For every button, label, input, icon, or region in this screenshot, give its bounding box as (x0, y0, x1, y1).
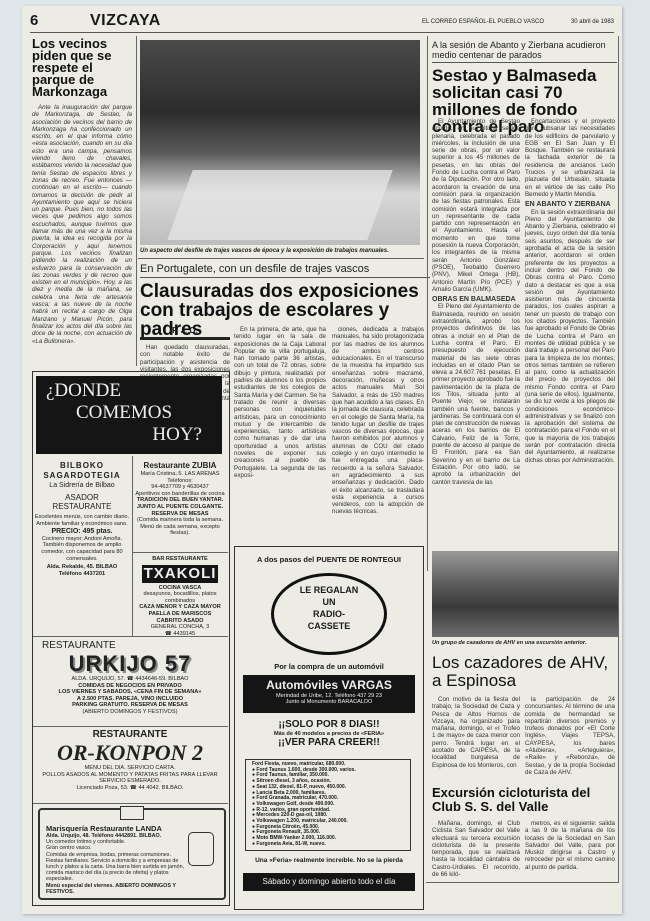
ad-divider (33, 803, 228, 804)
column-divider (618, 36, 619, 883)
article-title: Los vecinos piden que se respete el parq… (32, 38, 132, 98)
column-divider (427, 36, 428, 571)
byline: F. J. O. (140, 326, 230, 340)
column-divider (136, 36, 137, 366)
photo-hunters (432, 551, 618, 637)
subheading: OBRAS EN BALMASEDA (432, 296, 520, 303)
article-column-2: la participación de 24 concursantes. Al … (525, 696, 615, 776)
article-column-1: El Ayuntamiento de Sestao acordó, en su … (432, 118, 520, 486)
article-column-1: Mañana, domingo, el Club Ciclista San Sa… (432, 820, 520, 878)
article-column-2: metros, es el siguiente: salida a las 9 … (525, 820, 615, 871)
ad-marisqueria-landa: Marisquería Restaurante LANDA Alda. Urqu… (38, 808, 226, 900)
divider (138, 258, 424, 259)
ad-divider (132, 456, 133, 636)
ad-ornament-icon (120, 806, 144, 820)
ad-restaurante-urkijo: RESTAURANTE URKIJO 57 ALDA. URQUIJO, 57.… (36, 640, 224, 716)
ad-divider (133, 552, 228, 553)
ad-restaurante-orkonpon: RESTAURANTE OR-KONPON 2 MENU DEL DIA. SE… (36, 729, 224, 791)
ad-automoviles-vargas: A dos pasos del PUENTE DE RONTEGUI LE RE… (234, 546, 424, 910)
photo-exhibition (140, 40, 420, 245)
photo-caption: Un aspecto del desfile de trajes vascos … (140, 248, 430, 254)
article-markonzaga: Los vecinos piden que se respete el parq… (32, 38, 132, 345)
list-item: ● Furgoneta Avia, 81-W, nuevo. (252, 842, 410, 848)
ad-restaurante-zubia: Restaurante ZUBIA María Cristina, 5. LAS… (134, 461, 226, 537)
urkijo-logo: URKIJO 57 (36, 652, 224, 676)
speech-bubble: LE REGALAN UN RADIO- CASSETE (271, 573, 387, 655)
issue-date: 30 abril de 1983 (571, 19, 614, 25)
vargas-banner: Automóviles VARGAS Merindad de Uribe, 12… (243, 675, 415, 713)
ad-donde-comemos: ¿DONDE COMEMOS HOY? (36, 376, 222, 454)
ad-bar-txakoli: BAR RESTAURANTE TXAKOLI COCINA VASCA des… (134, 556, 226, 637)
landa-sign-icon (188, 832, 214, 866)
newspaper-name: EL CORREO ESPAÑOL-EL PUEBLO VASCO (422, 19, 544, 25)
ad-divider (33, 636, 228, 637)
txakoli-logo: TXAKOLI (142, 565, 218, 583)
article-title: Excursión cicloturista del Club S. S. de… (432, 786, 618, 814)
article-kicker: En Portugalete, con un desfile de trajes… (140, 263, 430, 278)
article-column-1: Con motivo de la fiesta del trabajo, la … (432, 696, 520, 769)
article-column-3: ciones, dedicada a trabajos manuales, ha… (332, 326, 424, 516)
newspaper-page: 6 VIZCAYA EL CORREO ESPAÑOL-EL PUEBLO VA… (22, 6, 622, 914)
article-body: Ante la inauguración del parque de Marko… (32, 104, 132, 345)
photo-caption: Un grupo de cazadores de AHV en una excu… (432, 640, 622, 646)
ad-bilboko-sagardotegia: BILBOKO SAGARDOTEGIA La Sidrería de Bilb… (34, 461, 130, 577)
orkonpon-logo: OR-KONPON 2 (36, 741, 224, 765)
page-header: 6 VIZCAYA EL CORREO ESPAÑOL-EL PUEBLO VA… (30, 12, 614, 33)
subheading: EN ABANTO Y ZIERBANA (525, 201, 615, 208)
article-column-2: En la primera, de arte, que ha tenido lu… (234, 326, 326, 479)
page-number: 6 (30, 12, 38, 29)
section-title: VIZCAYA (90, 12, 161, 30)
car-offers-list: Ford Fiesta, nuevo, matricular, 680.000.… (245, 759, 411, 851)
photo-table-shape (167, 170, 392, 240)
article-kicker: A la sesión de Abanto y Zierbana acudier… (432, 40, 617, 63)
ad-divider (33, 726, 228, 727)
article-title: Los cazadores de AHV, a Espinosa (432, 654, 618, 690)
divider (426, 882, 618, 883)
article-column-2: Encartaciones y el proyecto para subsana… (525, 118, 615, 464)
